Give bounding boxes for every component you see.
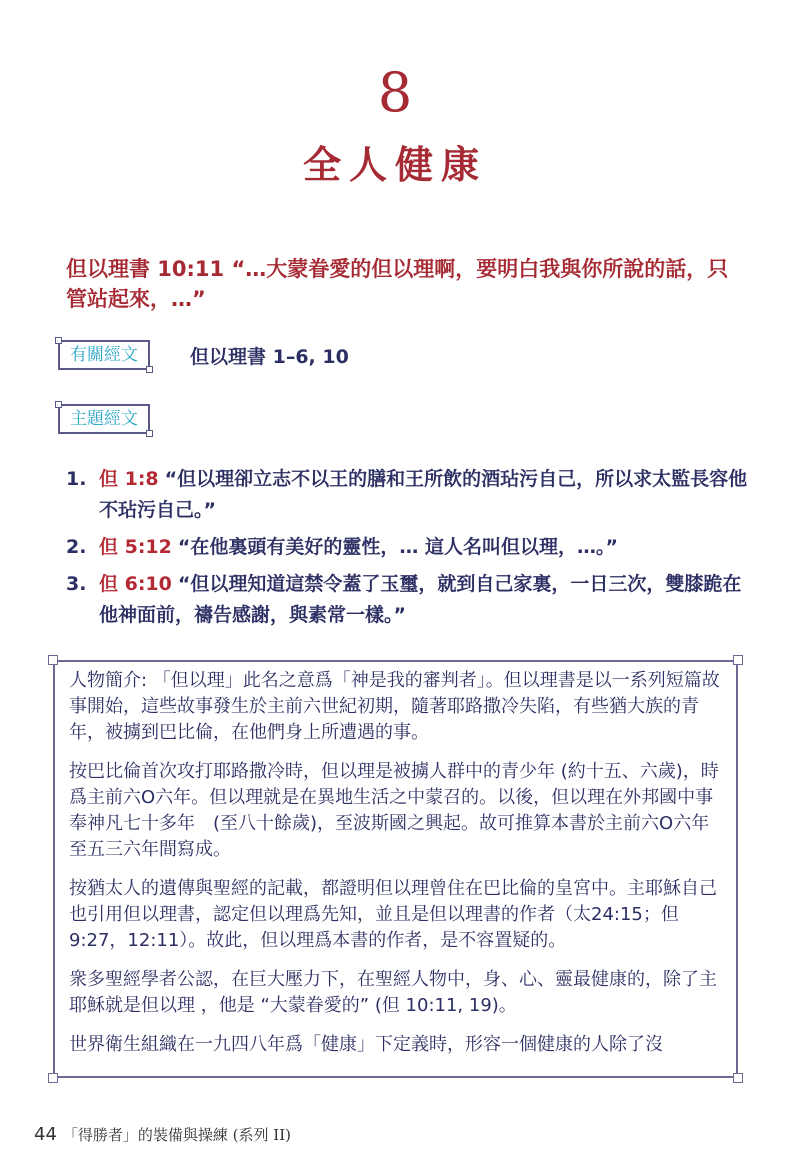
page-footer: 44「得勝者」的裝備與操練 (系列 II) (34, 1124, 291, 1145)
related-scripture-reference: 但以理書 1–6, 10 (190, 342, 349, 369)
chapter-number: 8 (0, 66, 790, 120)
bio-paragraph: 世界衛生組織在一九四八年爲「健康」下定義時，形容一個健康的人除了沒 (69, 1032, 722, 1058)
verse-reference: 但 1:8 (99, 468, 159, 490)
theme-verse: 2. 但 5:12“在他裏頭有美好的靈性，… 這人名叫但以理，…。” (66, 532, 756, 563)
box-corner-ornament (48, 1073, 58, 1083)
box-corner-ornament (733, 1073, 743, 1083)
bio-paragraph: 按巴比倫首次攻打耶路撒冷時，但以理是被擄人群中的青少年 (約十五、六歲)，時爲主… (69, 759, 722, 863)
verse-text: “但以理卻立志不以王的膳和王所飲的酒玷污自己，所以求太監長容他不玷污自己。” (99, 468, 747, 521)
bio-paragraph: 人物簡介: 「但以理」此名之意爲「神是我的審判者」。但以理書是以一系列短篇故事開… (69, 668, 722, 746)
theme-verse: 1. 但 1:8“但以理卻立志不以王的膳和王所飲的酒玷污自己，所以求太監長容他不… (66, 464, 756, 526)
theme-scripture-label: 主題經文 (58, 404, 150, 434)
verse-reference: 但 6:10 (99, 573, 172, 595)
verse-number: 1. (66, 464, 86, 495)
chapter-title: 全人健康 (0, 146, 790, 184)
verse-reference: 但 5:12 (99, 536, 172, 558)
theme-verse-list: 1. 但 1:8“但以理卻立志不以王的膳和王所飲的酒玷污自己，所以求太監長容他不… (66, 464, 756, 637)
book-title: 「得勝者」的裝備與操練 (系列 II) (63, 1126, 291, 1144)
character-bio-box: 人物簡介: 「但以理」此名之意爲「神是我的審判者」。但以理書是以一系列短篇故事開… (53, 660, 738, 1078)
verse-number: 3. (66, 569, 86, 600)
verse-number: 2. (66, 532, 86, 563)
page-number: 44 (34, 1124, 57, 1145)
box-corner-ornament (733, 655, 743, 665)
bio-paragraph: 按猶太人的遺傳與聖經的記載，都證明但以理曾住在巴比倫的皇宮中。主耶穌自己也引用但… (69, 876, 722, 954)
verse-text: “但以理知道這禁令蓋了玉璽，就到自己家裏，一日三次，雙膝跪在他神面前，禱告感謝，… (99, 573, 741, 626)
related-scripture-label: 有關經文 (58, 340, 150, 370)
key-verse: 但以理書 10:11 “…大蒙眷愛的但以理啊，要明白我與你所說的話，只管站起來，… (66, 254, 746, 314)
verse-text: “在他裏頭有美好的靈性，… 這人名叫但以理，…。” (178, 536, 618, 558)
box-corner-ornament (48, 655, 58, 665)
theme-verse: 3. 但 6:10“但以理知道這禁令蓋了玉璽，就到自己家裏，一日三次，雙膝跪在他… (66, 569, 756, 631)
bio-paragraph: 衆多聖經學者公認，在巨大壓力下，在聖經人物中，身、心、靈最健康的，除了主耶穌就是… (69, 967, 722, 1019)
